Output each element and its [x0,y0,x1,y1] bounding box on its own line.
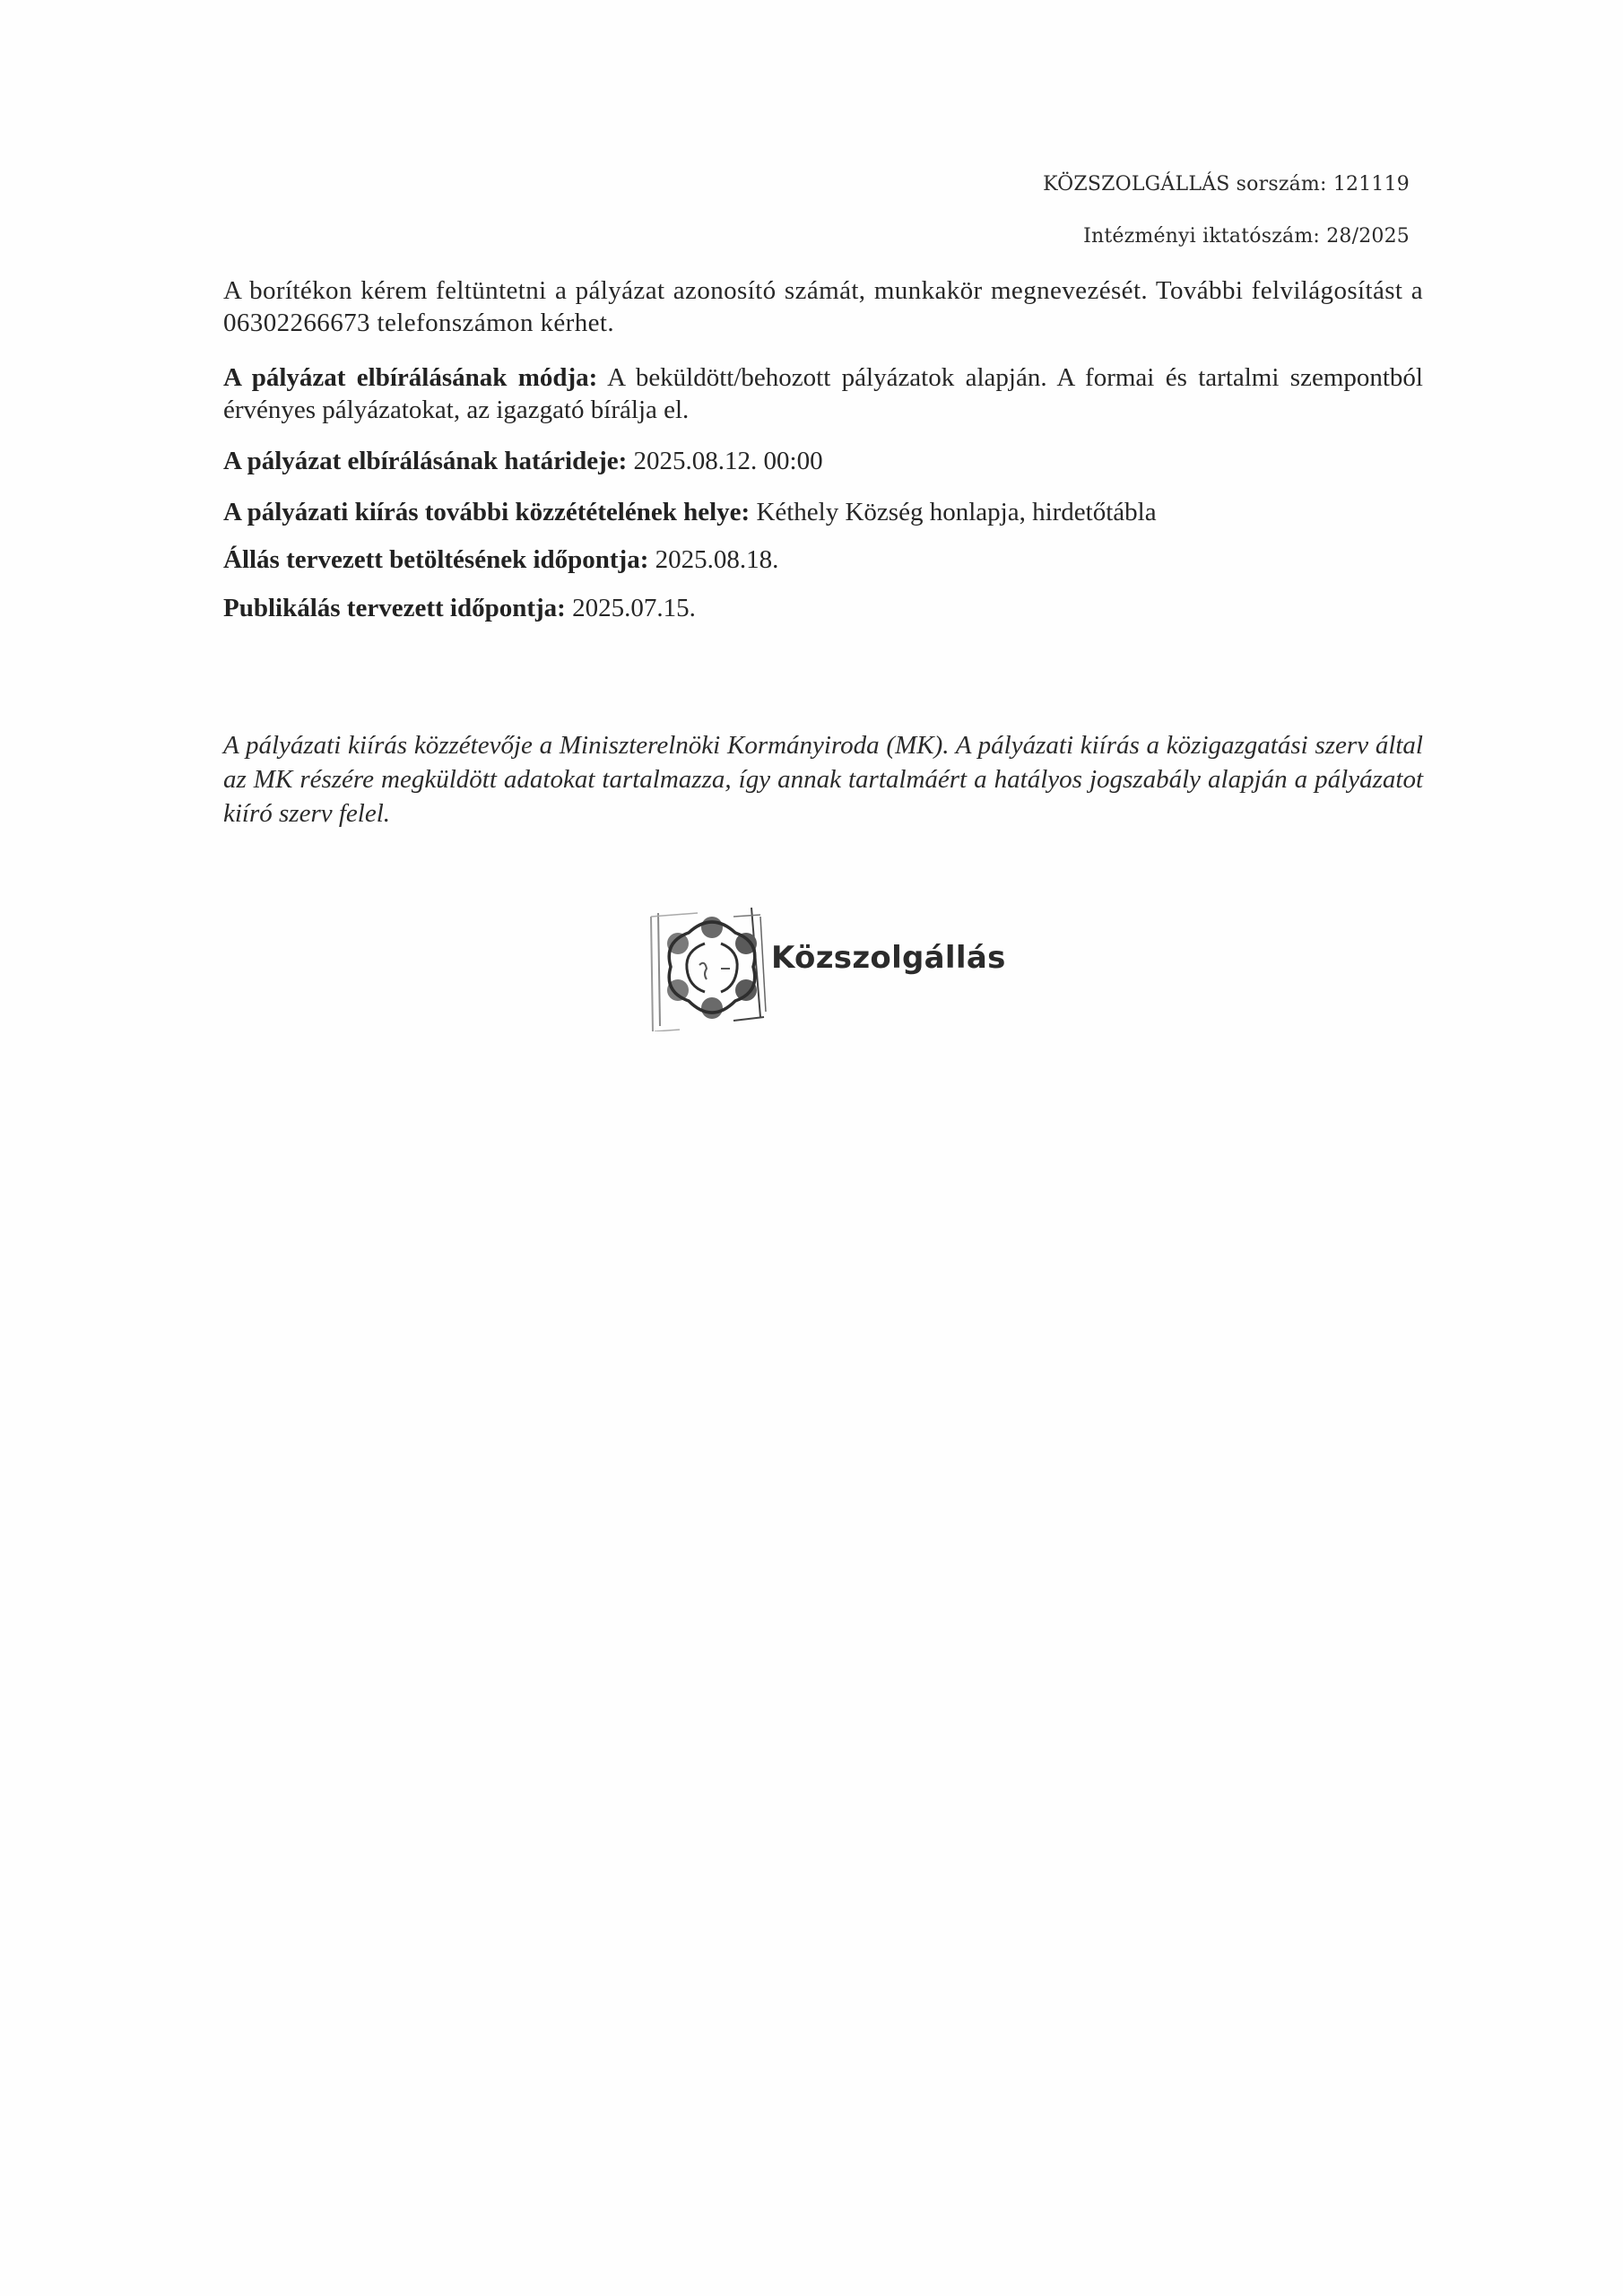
evaluation-deadline-label: A pályázat elbírálásának határideje: [223,447,627,475]
publication-place-label: A pályázati kiírás további közzétételéne… [223,498,750,526]
evaluation-deadline: A pályázat elbírálásának határideje: 202… [223,445,823,477]
document-page: KÖZSZOLGÁLLÁS sorszám: 121119 Intézményi… [0,0,1623,2296]
planned-publication-date: Publikálás tervezett időpontja: 2025.07.… [223,592,696,624]
iktatoszam-line: Intézményi iktatószám: 28/2025 [1083,225,1410,248]
planned-filling-date: Állás tervezett betöltésének időpontja: … [223,544,778,576]
sorszam-value: 121119 [1333,173,1410,196]
sorszam-line: KÖZSZOLGÁLLÁS sorszám: 121119 [1043,173,1410,196]
publisher-disclaimer: A pályázati kiírás közzétevője a Miniszt… [223,728,1423,831]
planned-filling-date-value: 2025.08.18. [648,545,778,574]
evaluation-method-label: A pályázat elbírálásának módja: [223,363,597,392]
planned-publication-date-value: 2025.07.15. [566,594,696,622]
kozszolgallas-logo-icon [635,897,769,1031]
planned-publication-date-label: Publikálás tervezett időpontja: [223,594,566,622]
iktatoszam-value: 28/2025 [1326,225,1410,248]
iktatoszam-label: Intézményi iktatószám: [1083,225,1320,248]
evaluation-deadline-value: 2025.08.12. 00:00 [627,447,822,475]
evaluation-method: A pályázat elbírálásának módja: A beküld… [223,361,1423,426]
kozszolgallas-logo: Közszolgállás [635,897,1011,1031]
publication-place-value: Kéthely Község honlapja, hirdetőtábla [750,498,1156,526]
planned-filling-date-label: Állás tervezett betöltésének időpontja: [223,545,648,574]
publication-place: A pályázati kiírás további közzétételéne… [223,496,1157,528]
logo-text: Közszolgállás [771,940,1006,976]
sorszam-label: KÖZSZOLGÁLLÁS sorszám: [1043,173,1327,196]
envelope-instructions: A borítékon kérem feltüntetni a pályázat… [223,274,1423,339]
